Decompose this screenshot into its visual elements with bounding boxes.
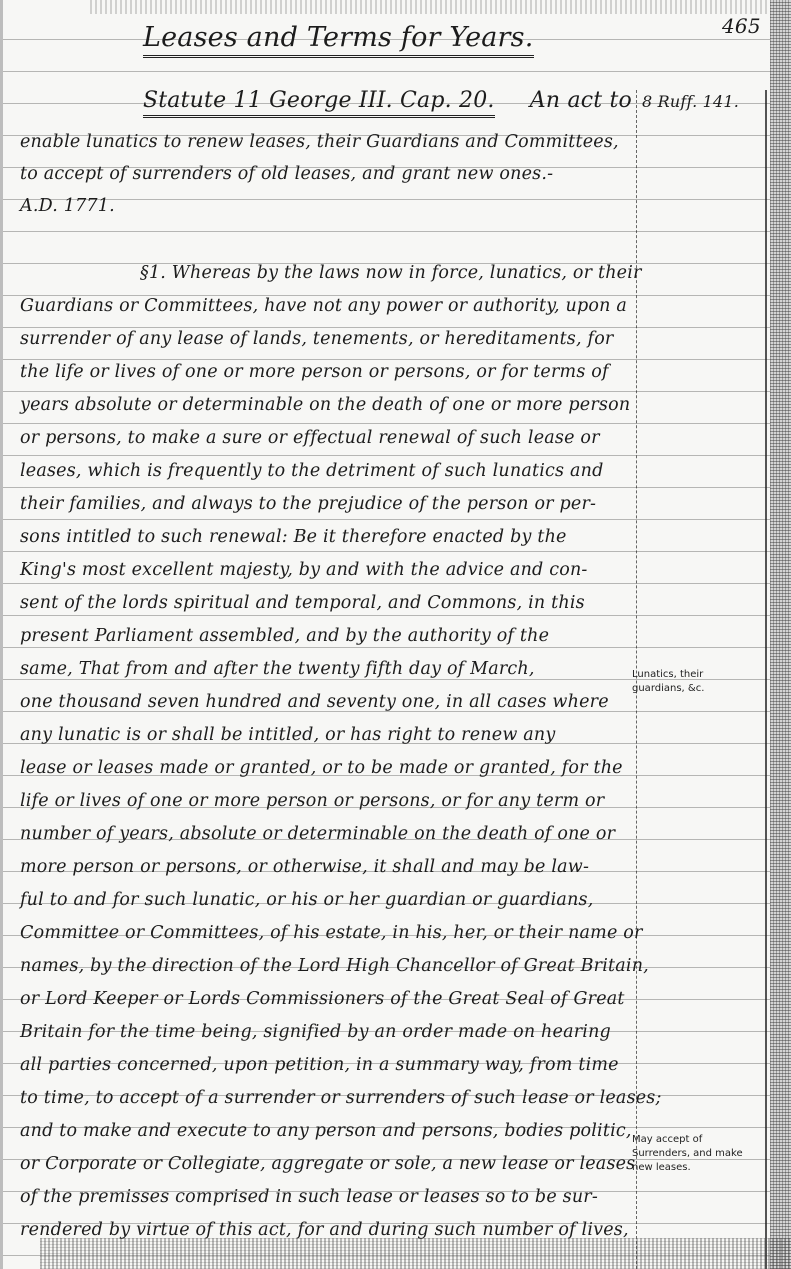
page-binding-edge [770,0,791,1269]
scan-noise-top [90,0,780,14]
statute-heading: Statute 11 George III. Cap. 20. [143,88,495,118]
statute-heading-tail: An act to [530,88,632,113]
body-line: sons intitled to such renewal: Be it the… [20,527,567,547]
margin-note-surrenders: May accept of Surrenders, and make new l… [632,1133,743,1175]
body-line: lease or leases made or granted, or to b… [20,758,623,778]
body-line: rendered by virtue of this act, for and … [20,1220,629,1240]
body-line: Britain for the time being, signified by… [20,1022,611,1042]
body-line: any lunatic is or shall be intitled, or … [20,725,555,745]
body-line: life or lives of one or more person or p… [20,791,604,811]
body-line: ful to and for such lunatic, or his or h… [20,890,593,910]
body-line: same, That from and after the twenty fif… [20,659,535,679]
body-line: number of years, absolute or determinabl… [20,824,615,844]
body-line: their families, and always to the prejud… [20,494,596,514]
margin-note-text: Surrenders, and make [632,1147,743,1161]
manuscript-page: 465 Leases and Terms for Years. Statute … [0,0,791,1269]
page-left-edge [0,0,3,1269]
body-line: and to make and execute to any person an… [20,1121,632,1141]
page-title: Leases and Terms for Years. [143,22,534,58]
margin-reference: 8 Ruff. 141. [642,92,739,111]
body-line: enable lunatics to renew leases, their G… [20,132,619,152]
body-line: names, by the direction of the Lord High… [20,956,649,976]
body-line: or persons, to make a sure or effectual … [20,428,600,448]
body-line: Committee or Committees, of his estate, … [20,923,643,943]
body-line: sent of the lords spiritual and temporal… [20,593,585,613]
body-line: more person or persons, or otherwise, it… [20,857,589,877]
section-start-line: §1. Whereas by the laws now in force, lu… [140,263,642,283]
margin-note-text: May accept of [632,1133,743,1147]
statute-heading-row: Statute 11 George III. Cap. 20. An act t… [143,88,632,113]
body-line: all parties concerned, upon petition, in… [20,1055,619,1075]
margin-note-text: new leases. [632,1161,743,1175]
body-line: present Parliament assembled, and by the… [20,626,549,646]
body-line: to accept of surrenders of old leases, a… [20,164,553,184]
body-line: to time, to accept of a surrender or sur… [20,1088,662,1108]
margin-note-lunatics: Lunatics, their guardians, &c. [632,668,704,696]
body-line: surrender of any lease of lands, tenemen… [20,329,614,349]
margin-rule-right [765,90,768,1269]
body-line: one thousand seven hundred and seventy o… [20,692,609,712]
body-line: years absolute or determinable on the de… [20,395,630,415]
body-line: the life or lives of one or more person … [20,362,609,382]
body-line: Guardians or Committees, have not any po… [20,296,627,316]
body-line: A.D. 1771. [20,196,115,216]
body-line: or Corporate or Collegiate, aggregate or… [20,1154,635,1174]
body-line: leases, which is frequently to the detri… [20,461,603,481]
body-line: or Lord Keeper or Lords Commissioners of… [20,989,625,1009]
body-line: King's most excellent majesty, by and wi… [20,560,588,580]
margin-note-text: Lunatics, their [632,668,704,682]
margin-note-text: guardians, &c. [632,682,704,696]
page-number: 465 [722,14,761,38]
scan-noise-bottom [40,1238,791,1269]
body-line: of the premisses comprised in such lease… [20,1187,598,1207]
